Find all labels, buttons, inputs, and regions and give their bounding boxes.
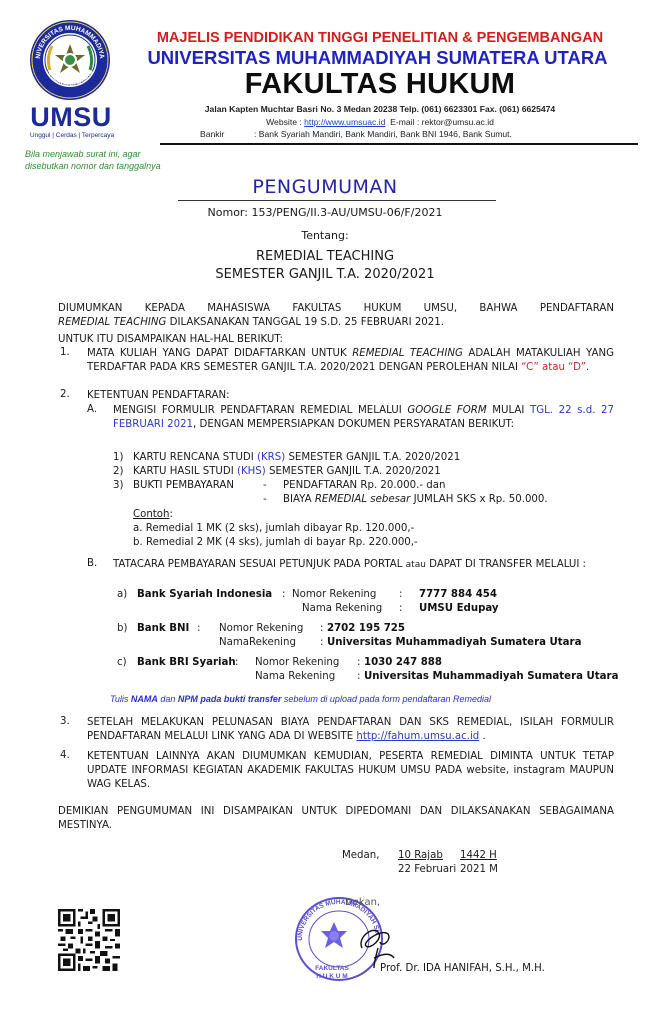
- example-line: a. Remedial 1 MK (2 sks), jumlah dibayar…: [133, 522, 533, 536]
- signatory-role: Dekan,: [345, 897, 380, 908]
- reply-note: Bila menjawab surat ini, agar disebutkan…: [25, 148, 175, 172]
- intro-paragraph: DIUMUMKAN KEPADA MAHASISWA FAKULTAS HUKU…: [58, 302, 614, 330]
- document-subject: REMEDIAL TEACHING SEMESTER GANJIL T.A. 2…: [120, 248, 530, 284]
- bank-line: Bankir: Bank Syariah Mandiri, Bank Mandi…: [200, 129, 640, 139]
- closing-paragraph: DEMIKIAN PENGUMUMAN INI DISAMPAIKAN UNTU…: [58, 805, 614, 833]
- bank-name: Bank BRI Syariah: [137, 657, 236, 668]
- item-2b-letter: B.: [87, 558, 97, 569]
- list-item: 1) KARTU RENCANA STUDI (KRS) SEMESTER GA…: [113, 451, 613, 465]
- required-documents-list: 1) KARTU RENCANA STUDI (KRS) SEMESTER GA…: [113, 451, 613, 507]
- example-line: b. Remedial 2 MK (4 sks), jumlah di baya…: [133, 536, 533, 550]
- account-number: 2702 195 725: [327, 623, 405, 634]
- svg-text:FAKULTAS: FAKULTAS: [315, 965, 349, 972]
- faculty-name: FAKULTAS HUKUM: [130, 68, 630, 101]
- item-2-number: 2.: [60, 389, 70, 400]
- item-3-text: SETELAH MELAKUKAN PELUNASAN BIAYA PENDAF…: [87, 716, 614, 744]
- list-item: 2) KARTU HASIL STUDI (KHS) SEMESTER GANJ…: [113, 465, 613, 479]
- grade-highlight: “C” atau “D”: [521, 362, 586, 373]
- signature-place: Medan,: [342, 850, 379, 861]
- bank-label: Bankir: [200, 129, 254, 139]
- bank-name: Bank Syariah Indonesia: [137, 589, 272, 600]
- account-name: Universitas Muhammadiyah Sumatera Utara: [327, 637, 581, 648]
- account-number: 1030 247 888: [364, 657, 442, 668]
- logo-tagline: Unggul | Cerdas | Terpercaya: [24, 132, 120, 139]
- qr-code-icon[interactable]: [58, 909, 120, 971]
- account-name: UMSU Edupay: [419, 603, 499, 614]
- faculty-website-link[interactable]: http://fahum.umsu.ac.id: [356, 731, 479, 742]
- bank-name: Bank BNI: [137, 623, 189, 634]
- transfer-note: Tulis NAMA dan NPM pada bukti transfer s…: [110, 694, 610, 704]
- university-seal-icon: UNIVERSITAS MUHAMMADIYAH SUMATERA UTARA: [28, 18, 112, 102]
- contact-line: Website : http://www.umsuac.id E-mail : …: [130, 117, 630, 127]
- email-text: E-mail : rektor@umsu.ac.id: [390, 117, 494, 127]
- item-4-number: 4.: [60, 750, 70, 761]
- signatory-name: Prof. Dr. IDA HANIFAH, S.H., M.H.: [380, 963, 545, 974]
- item-1-text: MATA KULIAH YANG DAPAT DIDAFTARKAN UNTUK…: [87, 347, 614, 375]
- bank-list: : Bank Syariah Mandiri, Bank Mandiri, Ba…: [254, 129, 512, 139]
- item-4-text: KETENTUAN LAINNYA AKAN DIUMUMKAN KEMUDIA…: [87, 750, 614, 792]
- title-underline: [178, 200, 496, 201]
- list-item: - BIAYA REMEDIAL sebesar JUMLAH SKS x Rp…: [113, 493, 613, 507]
- document-title: PENGUMUMAN: [150, 176, 500, 198]
- payment-example: Contoh: a. Remedial 1 MK (2 sks), jumlah…: [133, 508, 533, 550]
- letterhead-divider: [160, 143, 638, 145]
- item-2a-text: MENGISI FORMULIR PENDAFTARAN REMEDIAL ME…: [113, 404, 614, 432]
- website-link[interactable]: http://www.umsuac.id: [304, 117, 385, 127]
- item-2-title: KETENTUAN PENDAFTARAN:: [87, 389, 614, 403]
- item-2b-text: TATACARA PEMBAYARAN SESUAI PETUNJUK PADA…: [113, 558, 614, 572]
- item-1-number: 1.: [60, 347, 70, 358]
- logo-wordmark: UMSU: [26, 104, 116, 131]
- list-item: 3) BUKTI PEMBAYARAN - PENDAFTARAN Rp. 20…: [113, 479, 613, 493]
- gregorian-date: 22 Februari2021 M: [398, 864, 498, 875]
- subject-label: Tentang:: [150, 229, 500, 242]
- document-number: Nomor: 153/PENG/II.3-AU/UMSU-06/F/2021: [150, 206, 500, 219]
- subject-line-2: SEMESTER GANJIL T.A. 2020/2021: [120, 266, 530, 284]
- item-2a-letter: A.: [87, 404, 97, 415]
- subject-line-1: REMEDIAL TEACHING: [120, 248, 530, 266]
- lead-text: UNTUK ITU DISAMPAIKAN HAL-HAL BERIKUT:: [58, 333, 614, 347]
- item-3-number: 3.: [60, 716, 70, 727]
- faculty-address: Jalan Kapten Muchtar Basri No. 3 Medan 2…: [130, 104, 630, 114]
- website-label: Website :: [266, 117, 302, 127]
- hijri-date: 10 Rajab1442 H: [398, 850, 497, 861]
- council-name: MAJELIS PENDIDIKAN TINGGI PENELITIAN & P…: [130, 30, 630, 46]
- university-name: UNIVERSITAS MUHAMMADIYAH SUMATERA UTARA: [110, 47, 645, 69]
- account-number: 7777 884 454: [419, 589, 497, 600]
- svg-text:H U K U M: H U K U M: [316, 973, 347, 980]
- account-name: Universitas Muhammadiyah Sumatera Utara: [364, 671, 618, 682]
